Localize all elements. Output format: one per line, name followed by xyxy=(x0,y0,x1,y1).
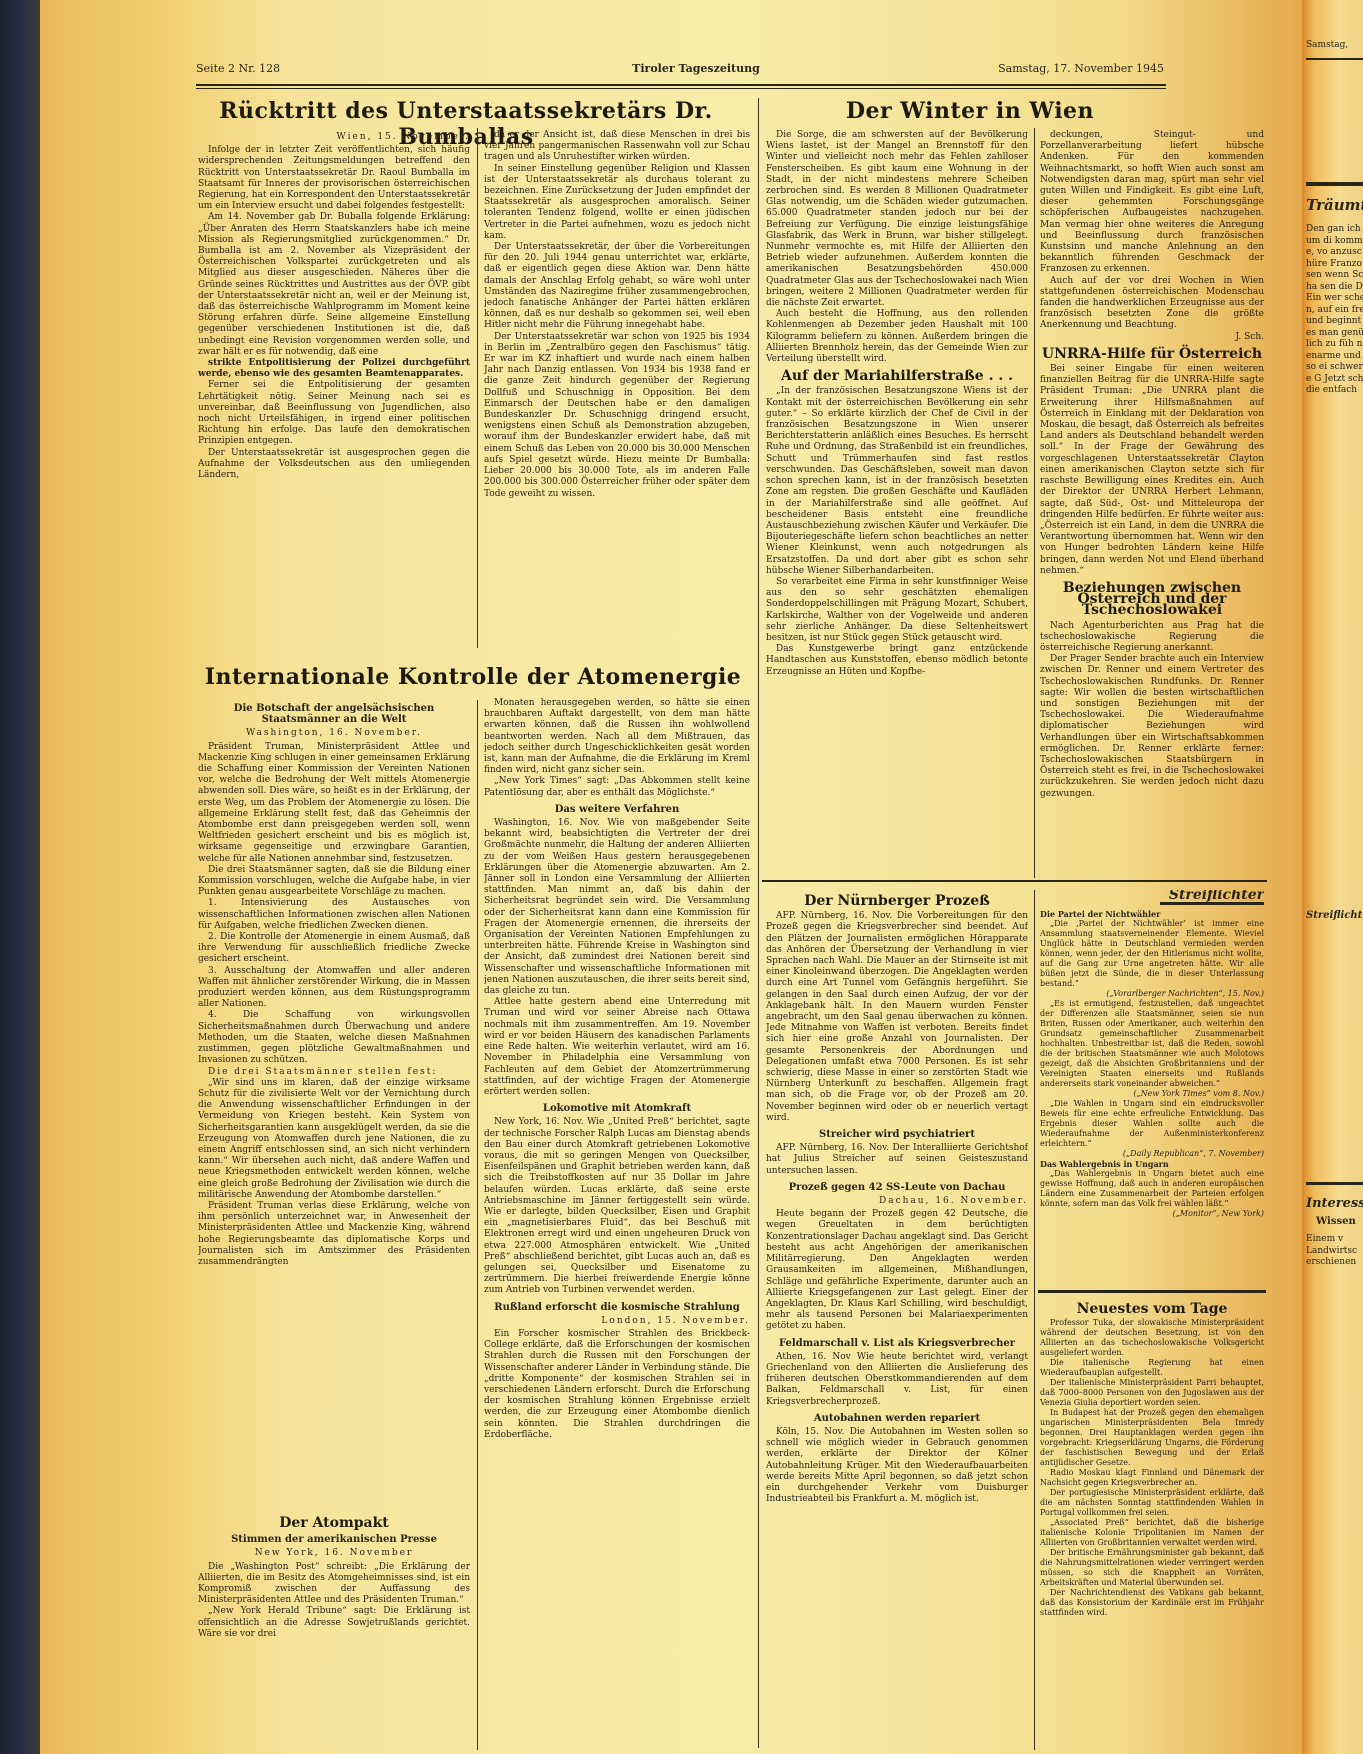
news-item: Der Nachrichtendienst des Vatikans gab b… xyxy=(1040,1588,1264,1618)
adjacent-subheadline: Wissen xyxy=(1316,1216,1356,1227)
paragraph: 4. Die Schaffung von wirkungsvollen Sich… xyxy=(198,1010,470,1066)
subheadline-russland: Rußland erforscht die kosmische Strahlun… xyxy=(484,1302,750,1313)
subheadline-streicher: Streicher wird psychiatriert xyxy=(766,1129,1028,1140)
adjacent-header-rule xyxy=(1306,58,1363,60)
header-rule xyxy=(196,84,1166,86)
section-label-streiflichter: Streiflichter xyxy=(1040,890,1264,900)
dateline: Dachau, 16. November. xyxy=(766,1196,1028,1207)
headline-unrra: UNRRA-Hilfe für Österreich xyxy=(1040,349,1264,360)
adjacent-headline: Träumt xyxy=(1306,196,1363,214)
header-rule-thin xyxy=(196,88,1166,89)
article-atompakt: Der Atompakt Stimmen der amerikanischen … xyxy=(198,1512,470,1752)
paragraph: „New York Herald Tribune“ sagt: Die Erkl… xyxy=(198,1606,470,1640)
news-item: „Associated Preß“ berichtet, daß die bis… xyxy=(1040,1518,1264,1548)
adjacent-section-rule xyxy=(1306,1182,1363,1185)
paragraph: Washington, 16. Nov. Wie von maßgebender… xyxy=(484,818,750,997)
column-nuernberg: Der Nürnberger Prozeß AFP. Nürnberg, 16.… xyxy=(766,890,1028,1752)
column-divider xyxy=(1034,890,1035,1750)
paragraph: Ein Forscher kosmischer Strahlen des Bri… xyxy=(484,1329,750,1441)
headline-atomenergie: Internationale Kontrolle der Atomenergie xyxy=(196,664,750,690)
paragraph: Präsident Truman verlas diese Erklärung,… xyxy=(198,1201,470,1268)
headline-winter: Der Winter in Wien xyxy=(780,98,1160,124)
quote: „Die Wahlen in Ungarn sind ein eindrucks… xyxy=(1040,1099,1264,1149)
quote-source: („Daily Republican“, 7. November) xyxy=(1040,1149,1264,1159)
news-item: Professor Tuka, der slowakische Minister… xyxy=(1040,1318,1264,1358)
news-item: Radio Moskau klagt Finnland und Dänemark… xyxy=(1040,1468,1264,1488)
paragraph: New York, 16. Nov. Wie „United Preß“ ber… xyxy=(484,1117,750,1296)
column-ruecktritt-1: Wien, 15. November. Infolge der in letzt… xyxy=(198,130,470,592)
adjacent-article-text: Den gan ich um di komme, vo anzuschüre F… xyxy=(1306,224,1363,397)
paragraph: Monaten herausgegeben werden, so hätte s… xyxy=(484,698,750,776)
paragraph: Auch auf der vor drei Wochen in Wien sta… xyxy=(1040,276,1264,332)
headline-neuestes-vom-tage: Neuestes vom Tage xyxy=(1040,1304,1264,1314)
headline-beziehungen: Beziehungen zwischen Österreich und der … xyxy=(1040,583,1264,617)
paragraph: deckungen, Steingut- und Porzellanverarb… xyxy=(1040,130,1264,276)
paragraph: Präsident Truman, Ministerpräsident Attl… xyxy=(198,742,470,865)
paragraph: „In der französischen Besatzungszone Wie… xyxy=(766,386,1028,576)
paragraph: Der Unterstaatssekretär, der über die Vo… xyxy=(484,242,750,332)
quote: „Es ist ermutigend, festzustellen, daß u… xyxy=(1040,999,1264,1089)
dateline: Wien, 15. November. xyxy=(198,132,470,143)
section-rule xyxy=(762,880,1267,882)
paragraph: Der Unterstaatssekretär war schon von 19… xyxy=(484,332,750,500)
subheadline: Die Botschaft der angelsächsischen Staat… xyxy=(198,703,470,725)
paragraph: AFP. Nürnberg, 16. Nov. Die Vorbereitung… xyxy=(766,911,1028,1124)
paragraph: AFP. Nürnberg, 16. Nov. Der Interalliier… xyxy=(766,1143,1028,1177)
subheadline-dachau: Prozeß gegen 42 SS-Leute von Dachau xyxy=(766,1182,1028,1193)
news-item: Der italienische Ministerpräsident Parri… xyxy=(1040,1378,1264,1408)
paragraph: Die drei Staatsmänner stellen fest: xyxy=(198,1067,470,1078)
paragraph: Der Prager Sender brachte auch ein Inter… xyxy=(1040,654,1264,800)
column-winter: Die Sorge, die am schwersten auf der Bev… xyxy=(766,130,1028,870)
paragraph: Attlee hatte gestern abend eine Unterred… xyxy=(484,997,750,1098)
paragraph: 2. Die Kontrolle der Atomenergie in eine… xyxy=(198,932,470,966)
paragraph: Am 14. November gab Dr. Buballa folgende… xyxy=(198,212,470,358)
adjacent-section-rule xyxy=(1306,182,1363,186)
paragraph: Die Sorge, die am schwersten auf der Bev… xyxy=(766,130,1028,309)
running-header: Seite 2 Nr. 128 Tiroler Tageszeitung Sam… xyxy=(196,62,1164,82)
dateline: London, 15. November. xyxy=(484,1316,750,1327)
paragraph: Bei seiner Eingabe für einen weiteren fi… xyxy=(1040,364,1264,577)
column-atom-2: Monaten herausgegeben werden, so hätte s… xyxy=(484,698,750,1752)
dateline: Washington, 16. November. xyxy=(198,728,470,739)
paragraph: Die „Washington Post“ schreibt: „Die Erk… xyxy=(198,1562,470,1607)
quote-source: („Vorarlberger Nachrichten“, 15. Nov.) xyxy=(1040,989,1264,999)
column-atom-1: Die Botschaft der angelsächsischen Staat… xyxy=(198,698,470,1508)
paragraph: Das Kunstgewerbe bringt ganz entzückende… xyxy=(766,644,1028,678)
news-item: Die italienische Regierung hat einen Wie… xyxy=(1040,1358,1264,1378)
subheadline-lokomotive: Lokomotive mit Atomkraft xyxy=(484,1103,750,1114)
paragraph: 1. Intensivierung des Austausches von wi… xyxy=(198,898,470,932)
column-divider xyxy=(477,700,478,1750)
paragraph: „New York Times“ sagt: „Das Abkommen ste… xyxy=(484,776,750,798)
item-title: Die Partei der Nichtwähler xyxy=(1040,909,1264,919)
column-neuestes: Neuestes vom Tage Professor Tuka, der sl… xyxy=(1040,1298,1264,1752)
section-rule xyxy=(1038,1290,1266,1293)
paragraph: Auch besteht die Hoffnung, aus den rolle… xyxy=(766,309,1028,365)
column-streiflichter: Streiflichter Die Partei der Nichtwähler… xyxy=(1040,890,1264,1280)
paragraph: Infolge der in letzter Zeit veröffentlic… xyxy=(198,145,470,212)
column-divider xyxy=(758,98,759,1748)
adjacent-page-edge: Samstag, Träumt Den gan ich um di komme,… xyxy=(1302,0,1363,1754)
dateline: New York, 16. November xyxy=(198,1548,470,1559)
subheadline-list: Feldmarschall v. List als Kriegsverbrech… xyxy=(766,1338,1028,1349)
book-binding xyxy=(0,0,40,1754)
paragraph-emphasis: strikte Entpolitisierung der Polizei dur… xyxy=(198,358,470,380)
paragraph: Ferner sei die Entpolitisierung der gesa… xyxy=(198,380,470,447)
quote: „Die ‚Partei der Nichtwähler‘ ist immer … xyxy=(1040,919,1264,989)
headline-mariahilferstrasse: Auf der Mariahilferstraße . . . xyxy=(766,371,1028,382)
item-title: Das Wahlergebnis in Ungarn xyxy=(1040,1159,1264,1169)
quote: „Das Wahlergebnis in Ungarn bietet auch … xyxy=(1040,1169,1264,1209)
news-item: Der portugiesische Ministerpräsident erk… xyxy=(1040,1488,1264,1518)
paragraph: Athen, 16. Nov Wie heute berichtet wird,… xyxy=(766,1352,1028,1408)
paragraph: In seiner Einstellung gegenüber Religion… xyxy=(484,164,750,242)
column-divider xyxy=(1034,128,1035,878)
subheadline-weitere-verfahren: Das weitere Verfahren xyxy=(484,804,750,815)
news-item: In Budapest hat der Prozeß gegen den ehe… xyxy=(1040,1408,1264,1468)
page-number: Seite 2 Nr. 128 xyxy=(196,62,280,75)
masthead-title: Tiroler Tageszeitung xyxy=(596,62,796,75)
headline-nuernberger-prozess: Der Nürnberger Prozeß xyxy=(766,896,1028,907)
adjacent-article-text: Einem v Landwirtsc erschienen xyxy=(1306,1234,1363,1269)
adjacent-section-label: Streiflicht xyxy=(1306,910,1362,921)
news-item: Der britische Ernährungsminister gab bek… xyxy=(1040,1548,1264,1588)
subheadline: Stimmen der amerikanischen Presse xyxy=(198,1534,470,1545)
column-divider xyxy=(477,128,478,648)
quote-source: („Monitor“, New York) xyxy=(1040,1209,1264,1219)
paragraph: Nach Agenturberichten aus Prag hat die t… xyxy=(1040,621,1264,655)
adjacent-headline: Interess xyxy=(1306,1196,1363,1211)
column-ruecktritt-2: da er der Ansicht ist, daß diese Mensche… xyxy=(484,130,750,650)
adjacent-page-header: Samstag, xyxy=(1306,40,1348,50)
paragraph: Die drei Staatsmänner sagten, daß sie di… xyxy=(198,865,470,899)
paragraph: Köln, 15. Nov. Die Autobahnen im Westen … xyxy=(766,1427,1028,1505)
paragraph: da er der Ansicht ist, daß diese Mensche… xyxy=(484,130,750,164)
subheadline-autobahnen: Autobahnen werden repariert xyxy=(766,1413,1028,1424)
paragraph: Heute begann der Prozeß gegen 42 Deutsch… xyxy=(766,1209,1028,1332)
headline-atompakt: Der Atompakt xyxy=(198,1518,470,1529)
issue-date: Samstag, 17. November 1945 xyxy=(998,62,1164,75)
column-unrra: deckungen, Steingut- und Porzellanverarb… xyxy=(1040,130,1264,875)
quote-source: („New York Times“ vom 8. Nov.) xyxy=(1040,1089,1264,1099)
paragraph: 3. Ausschaltung der Atomwaffen und aller… xyxy=(198,966,470,1011)
paragraph: So verarbeitet eine Firma in sehr kunstf… xyxy=(766,577,1028,644)
paragraph: Der Unterstaatssekretär ist ausgesproche… xyxy=(198,448,470,482)
paragraph: „Wir sind uns im klaren, daß der einzige… xyxy=(198,1078,470,1201)
signature: J. Sch. xyxy=(1040,332,1264,343)
